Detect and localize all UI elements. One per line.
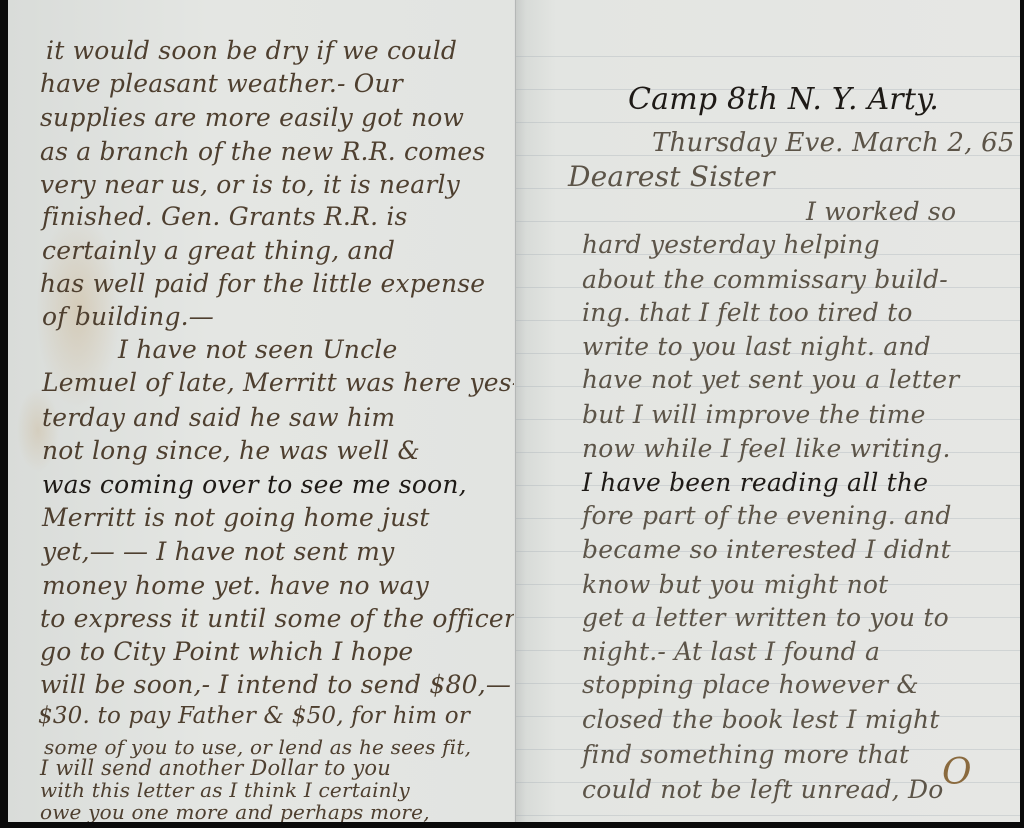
salutation: Dearest Sister xyxy=(568,160,775,193)
right-line-15: stopping place however & xyxy=(582,670,919,699)
left-line-7: certainly a great thing, and xyxy=(42,236,395,265)
right-line-10: fore part of the evening. and xyxy=(582,501,952,530)
right-line-13: get a letter written to you to xyxy=(582,603,949,632)
left-line-1: it would soon be dry if we could xyxy=(46,36,457,65)
header-location: Camp 8th N. Y. Arty. xyxy=(628,82,939,117)
letter-scan: it would soon be dry if we could have pl… xyxy=(8,0,1020,822)
left-line-6: finished. Gen. Grants R.R. is xyxy=(42,202,408,231)
right-line-11: became so interested I didnt xyxy=(582,535,951,564)
left-line-13: not long since, he was well & xyxy=(42,436,420,465)
left-line-24: with this letter as I think I certainly xyxy=(40,778,410,802)
left-line-16: yet,— — I have not sent my xyxy=(42,537,394,566)
right-line-5: write to you last night. and xyxy=(582,332,931,361)
right-line-1: I worked so xyxy=(806,197,956,226)
left-line-11: Lemuel of late, Merritt was here yes- xyxy=(42,368,516,397)
left-line-14: was coming over to see me soon, xyxy=(42,470,467,499)
margin-mark: O xyxy=(942,752,972,793)
right-line-17: find something more that xyxy=(582,740,909,769)
left-line-5: very near us, or is to, it is nearly xyxy=(40,170,460,199)
left-line-19: go to City Point which I hope xyxy=(40,637,413,666)
right-page: Camp 8th N. Y. Arty. Thursday Eve. March… xyxy=(516,0,1020,822)
right-line-6: have not yet sent you a letter xyxy=(582,365,959,394)
right-line-3: about the commissary build- xyxy=(582,265,948,294)
left-line-4: as a branch of the new R.R. comes xyxy=(40,137,485,166)
left-line-18: to express it until some of the officers xyxy=(40,604,516,633)
left-line-17: money home yet. have no way xyxy=(42,571,429,600)
left-page: it would soon be dry if we could have pl… xyxy=(8,0,516,822)
right-line-7: but I will improve the time xyxy=(582,400,926,429)
right-line-12: know but you might not xyxy=(582,570,888,599)
left-line-3: supplies are more easily got now xyxy=(40,103,464,132)
left-line-21: $30. to pay Father & $50, for him or xyxy=(38,703,470,729)
right-line-16: closed the book lest I might xyxy=(582,705,940,734)
right-line-4: ing. that I felt too tired to xyxy=(582,298,913,327)
right-line-14: night.- At last I found a xyxy=(582,637,880,666)
left-line-20: will be soon,- I intend to send $80,— xyxy=(40,670,511,699)
right-line-8: now while I feel like writing. xyxy=(582,434,951,463)
left-line-10: I have not seen Uncle xyxy=(118,335,397,364)
right-line-9: I have been reading all the xyxy=(582,468,928,497)
left-line-15: Merritt is not going home just xyxy=(42,503,430,532)
header-date: Thursday Eve. March 2, 65 xyxy=(652,128,1015,158)
right-line-2: hard yesterday helping xyxy=(582,230,880,259)
left-line-23: I will send another Dollar to you xyxy=(40,756,391,780)
left-line-2: have pleasant weather.- Our xyxy=(40,69,403,98)
left-line-9: of building.— xyxy=(42,302,214,331)
left-line-12: terday and said he saw him xyxy=(42,403,395,432)
right-line-18: could not be left unread, Do xyxy=(582,775,943,804)
left-line-8: has well paid for the little expense xyxy=(40,269,485,298)
left-line-25: owe you one more and perhaps more, xyxy=(40,800,430,822)
